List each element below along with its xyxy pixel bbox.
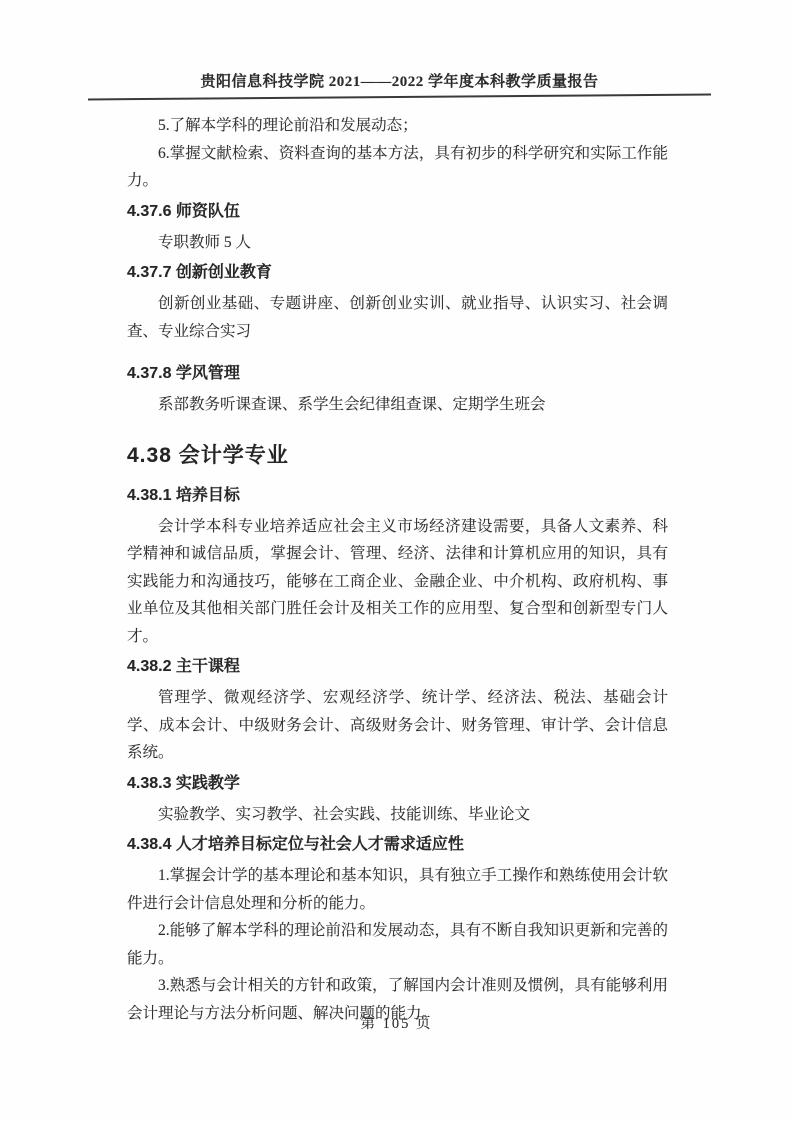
page-header: 贵阳信息科技学院 2021——2022 学年度本科教学质量报告 — [88, 70, 711, 98]
heading-4-38-4-talent-positioning: 4.38.4 人才培养目标定位与社会人才需求适应性 — [127, 832, 668, 858]
page-number: 第 105 页 — [361, 1016, 433, 1032]
paragraph-main-courses: 管理学、微观经济学、宏观经济学、统计学、经济法、税法、基础会计学、成本会计、中级… — [127, 684, 668, 767]
heading-4-37-7-innovation: 4.37.7 创新创业教育 — [127, 260, 668, 286]
header-rule — [88, 94, 711, 101]
paragraph-requirement-1: 1.掌握会计学的基本理论和基本知识，具有独立手工操作和熟练使用会计软件进行会计信… — [127, 862, 668, 917]
paragraph-requirement-2: 2.能够了解本学科的理论前沿和发展动态，具有不断自我知识更新和完善的能力。 — [127, 917, 668, 972]
report-header-title: 贵阳信息科技学院 2021——2022 学年度本科教学质量报告 — [88, 70, 711, 91]
paragraph-study-style-list: 系部教务听课查课、系学生会纪律组查课、定期学生班会 — [127, 391, 668, 419]
page-footer: 第 105 页 — [0, 1012, 793, 1033]
heading-4-38-accounting-major: 4.38 会计学专业 — [127, 441, 668, 471]
paragraph-innovation-list: 创新创业基础、专题讲座、创新创业实训、就业指导、认识实习、社会调查、专业综合实习 — [127, 290, 668, 345]
paragraph-objective-5: 5.了解本学科的理论前沿和发展动态； — [127, 112, 668, 140]
paragraph-faculty-count: 专职教师 5 人 — [127, 229, 668, 257]
page-body: 5.了解本学科的理论前沿和发展动态； 6.掌握文献检索、资料查询的基本方法，具有… — [127, 112, 668, 1027]
heading-4-38-2-main-courses: 4.38.2 主干课程 — [127, 654, 668, 680]
heading-4-38-1-training-goal: 4.38.1 培养目标 — [127, 483, 668, 509]
paragraph-practice-list: 实验教学、实习教学、社会实践、技能训练、毕业论文 — [127, 801, 668, 829]
document-page: 贵阳信息科技学院 2021——2022 学年度本科教学质量报告 5.了解本学科的… — [0, 0, 793, 1122]
heading-4-37-8-study-style: 4.37.8 学风管理 — [127, 361, 668, 387]
heading-4-38-3-practice-teaching: 4.38.3 实践教学 — [127, 771, 668, 797]
paragraph-objective-6: 6.掌握文献检索、资料查询的基本方法，具有初步的科学研究和实际工作能力。 — [127, 140, 668, 195]
heading-4-37-6-faculty: 4.37.6 师资队伍 — [127, 199, 668, 225]
paragraph-training-goal: 会计学本科专业培养适应社会主义市场经济建设需要，具备人文素养、科学精神和诚信品质… — [127, 513, 668, 651]
